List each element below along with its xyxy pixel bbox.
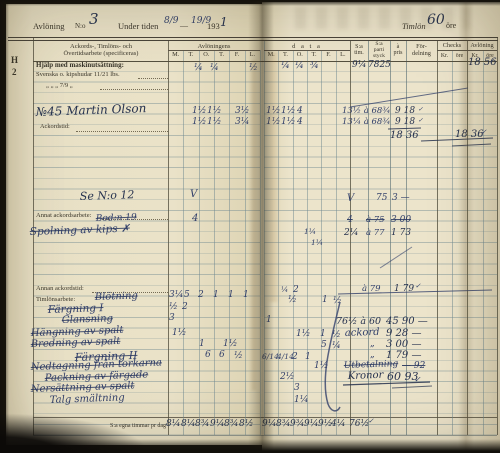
hw-day-hours: 8¾ [224,420,238,429]
hw-entry: 3 [169,314,175,323]
hw-entry: 2¼ [344,229,358,238]
hw-day-hours: 9¾ [290,420,304,429]
checks-kr-header: Kr. [437,53,452,59]
row-hjalp-label: Hjälp med maskinutsättning: [36,62,124,70]
hw-entry: 1¼ [294,396,308,405]
leader-dots [76,130,168,132]
hw-entry: 1½ [296,330,310,339]
check-mark: ✓ [415,283,421,290]
left-header-line2: Övertidsarbete (specificeras) [34,50,168,57]
hw-entry: 3¼ [169,291,183,300]
col-line [307,50,308,435]
double-rule-bottom [8,40,498,42]
table-right-edge [497,37,498,435]
hw-entry: 1½ [207,118,221,127]
hw-mark: V [190,190,197,200]
hw-amount: 9 18 [395,118,415,127]
sum-row-rule [33,417,497,418]
hw-rate-line: 13¼ à 68¾ [342,118,391,127]
hw-word-ackord: ackord [345,328,380,339]
hw-amount: 3 00 — [386,340,421,350]
hw-rate: à 77 [366,229,385,238]
margin-mark-2: 2 [12,68,17,78]
row-ackordstid-label: Ackordstid: [40,124,70,131]
left-day-header-row: M. T. O. T. F. L. [168,52,260,59]
day-col-f: F. [229,52,244,59]
hw-day-hours: 8¼ [166,420,180,429]
a-pris-header: àpris [390,44,406,57]
hw-entry: ½ [332,331,341,340]
hw-entry: 1½ [266,107,280,116]
hw-amount: 1 79 [394,285,414,294]
hw-mark: 4 [192,214,198,224]
hw-task-label: Glansning [62,314,114,326]
check-mark: ✓ [481,129,487,136]
hw-entry: ½ [288,296,297,305]
hw-entry: 5 [184,291,190,300]
row-dito-label: „ „ „ 7/9 „ [46,82,73,89]
timlon-label: Timlön [402,22,426,31]
hw-entry: 1½ [192,107,206,116]
leader-dots [100,88,168,90]
check-mark: ✓ [368,418,374,425]
avloningens-header: Avlöningens [168,43,260,50]
day-col-t2: T. [307,52,321,59]
left-header-cell: Ackords-, Timlöns- och Övertidsarbete (s… [34,43,168,57]
hw-day-hours: 8¾ [195,420,209,429]
header-midrule-checks [437,50,497,51]
col-line [183,50,184,435]
ditto-mark: „ [370,351,375,360]
hw-entry: 1 [243,291,249,300]
hw-crossed-entry: à 75 [366,216,385,225]
check-mark: ✓ [418,118,423,124]
data-header: d a t a [264,43,350,50]
day-col-l: L. [245,52,260,59]
hw-sa-tim: 9¼ [352,61,366,70]
sum-row-label: S:a egna timmar pr dag [86,423,166,429]
hw-entry: 1½ [281,118,295,127]
row-annat-label: Annat ackordsarbete: [36,212,91,219]
hw-entry: 1½ [192,118,206,127]
row-annan-label: Annan ackordstid: [36,285,84,292]
hw-entry: 2 [293,286,299,295]
hw-total: 18 36 [390,131,419,141]
avloning-label: Avlöning [33,22,64,31]
row-svenska-label: Svenska o. kipshudar 11/21 lbs. [36,71,120,78]
ditto-mark: „ [370,340,375,349]
hw-entry: 6 [205,351,211,360]
hw-entry: 4 [297,118,303,127]
wage-ledger-photo: H 2 Avlöning N:o 3 Under tiden 8/9 — 19/… [0,0,500,453]
hw-day-hours: 9¼ [210,420,224,429]
header-midrule-left [168,50,260,51]
day-col-m: M. [168,52,183,59]
grid-bottom-rule [33,435,497,436]
col-line [264,40,265,435]
col-line [260,50,261,435]
check-mark: ✓ [418,107,423,113]
col-line [483,50,484,435]
hw-entry: ¼ [295,62,304,71]
date-to-value: 19/9 [191,17,211,26]
hw-day-hours: 8¾ [276,420,290,429]
double-rule-top [8,37,498,39]
hw-parti: 7825 [368,61,391,70]
hw-mark: V [347,194,354,204]
hw-entry: 1½ [314,362,328,371]
hw-entry: 4 [297,107,303,116]
day-col-t: T. [278,52,292,59]
hw-amount: 9 28 — [386,329,421,339]
day-col-t: T. [183,52,198,59]
hw-entry: 3½ [235,107,249,116]
hw-entry: 1 [266,316,272,325]
hw-entry: 1½ [223,340,237,349]
hw-entry: ½ [333,297,342,306]
col-line [452,50,453,435]
sa-tim-header: S:atim. [350,44,368,57]
fordelning-header: För-delning [406,44,437,58]
hw-rate-line: 13½ à 68¾ [342,107,391,116]
hw-entry: 1¼ [311,239,323,247]
hw-rate: à 79 [362,285,381,294]
hw-day-hours: 9¼ [304,420,318,429]
avloning-no-label: N:o [75,23,86,31]
hw-entry: 2½ [280,373,294,382]
hw-entry: 1½ [207,107,221,116]
hw-entry: 1 [320,330,326,339]
day-col-m: M. [264,52,278,59]
day-col-l: L. [336,52,350,59]
day-col-o: O. [293,52,307,59]
hw-entry: 5 [321,341,327,350]
year-written-digit: 1 [220,16,228,28]
timlon-value: 60 [427,13,445,27]
hw-entry: 2 [198,291,204,300]
avloning-col-header: Avlöning [467,43,497,50]
day-col-t2: T. [214,52,229,59]
hw-worker-name: №45 Martin Olson [36,102,147,118]
hw-crossed-entry: 3 00 [391,216,411,225]
hw-entry: ¼ [194,64,203,73]
hw-entry: 3 [294,384,300,393]
hw-hours-rate: 76½ à 60 [336,317,381,327]
row-timlons-label: Timlönsarbete: [36,296,75,303]
check-mark: ✓ [489,58,495,65]
hw-entry: ¼ [332,342,341,351]
header-midrule-data [264,50,350,51]
hw-total: 18 36 [455,130,484,140]
date-dash: — [180,22,188,31]
ore-label: öre [446,22,456,31]
date-from-value: 8/9 [164,17,178,26]
hw-entry: 1½ [266,118,280,127]
day-col-o: O. [199,52,214,59]
hw-crossed-entry: 4 [347,216,353,225]
margin-mark-h: H [11,56,18,66]
hw-entry: 1¼ [304,228,316,236]
hw-entry: 1 [199,340,205,349]
hw-amount: 45 90 — [386,317,428,327]
hw-entry: ½ [249,64,258,73]
hw-day-hours: 8½ [239,420,253,429]
hw-entry: ¼ [281,286,288,294]
hw-note-see: Se N:o 12 [80,189,135,202]
under-tiden-label: Under tiden [118,22,158,31]
avloning-divider [467,40,468,435]
hw-entry: 1 [228,291,234,300]
hw-entry: 1 [213,291,219,300]
hw-amount: 1 73 [391,229,411,238]
sa-parti-styck-header: S:apartistyck [368,41,390,59]
hw-entry: ½ [234,352,243,361]
hw-hours-total: 76½ [349,420,369,429]
day-col-f: F. [321,52,335,59]
hw-entry: 3¼ [235,118,249,127]
hw-entry: 1½ [281,107,295,116]
right-day-header-row: M. T. O. T. F. L. [264,52,350,59]
check-mark: ✓ [414,376,421,384]
col-line [229,50,230,435]
hw-amount: 3 — [392,194,410,203]
hw-entry: 1 [305,353,311,362]
desc-day-divider [168,40,169,435]
hw-word-kronor: Kronor [348,371,384,382]
left-header-line1: Ackords-, Timlöns- och [34,43,168,50]
hw-amount: 9 18 [395,107,415,116]
hw-day-hours: 9¼ [262,420,276,429]
hw-entry: ¼ [281,62,290,71]
hw-entry: ¾ [310,62,319,71]
checks-divider [437,40,438,435]
leader-dots [138,77,168,79]
hw-entry: 1 [322,296,328,305]
hw-entry: ¼ [210,64,219,73]
hw-day-hours: 4¼ [331,420,345,429]
checks-header: Checks [437,43,467,50]
checks-ore-header: öre [452,53,467,59]
hw-entry: ½ [169,303,178,312]
hw-day-hours: 8¼ [181,420,195,429]
hw-entry: 2 [182,303,188,312]
col-line [336,50,337,435]
hw-entry: 1½ [172,329,186,338]
hw-entry: 2 [292,353,298,362]
hw-entry: 6 [219,351,225,360]
avloning-no-value: 3 [89,12,99,27]
hw-rate: 75 [376,194,387,203]
